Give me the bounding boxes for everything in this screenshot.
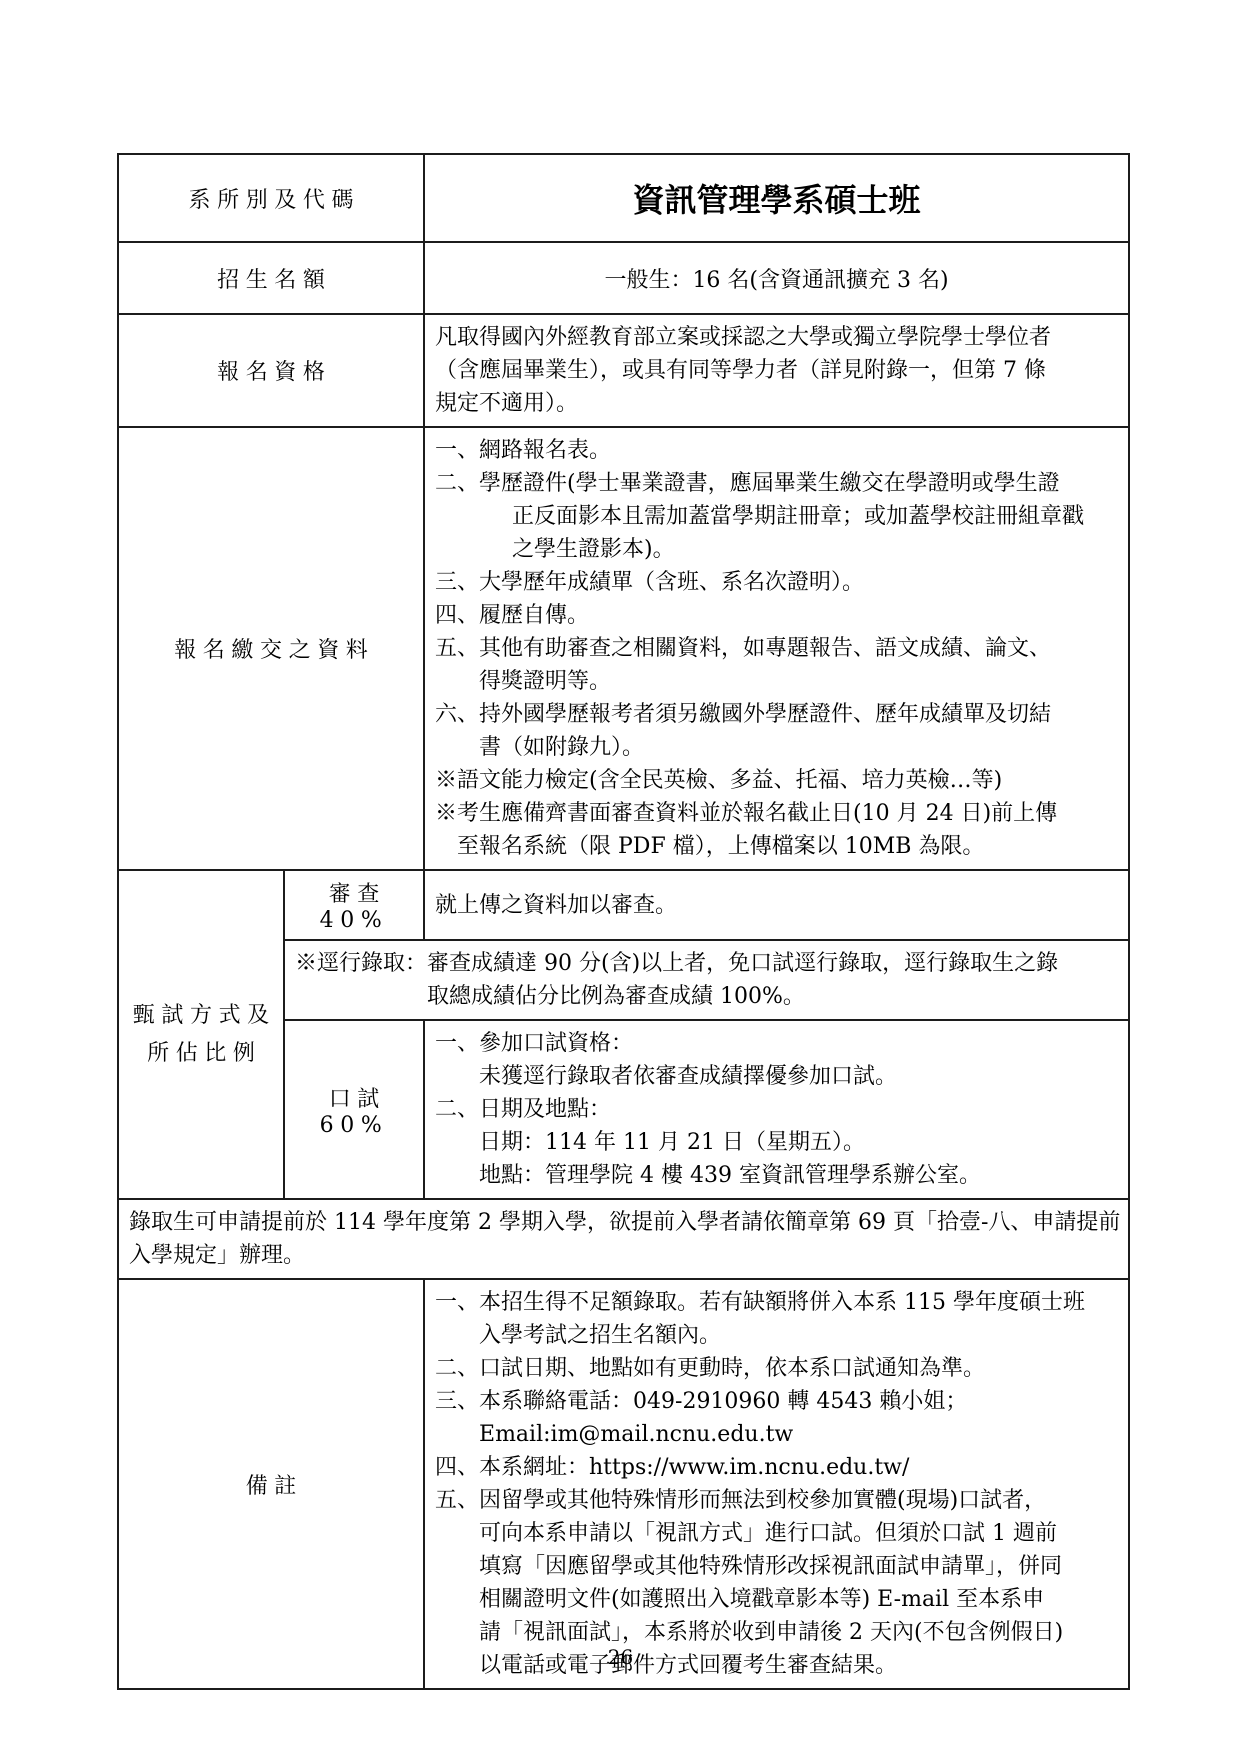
text-line: 一、參加口試資格： <box>435 1027 1120 1060</box>
page-number: 26 <box>0 1645 1241 1669</box>
text-line: 一、本招生得不足額錄取。若有缺額將併入本系 115 學年度碩士班 <box>435 1286 1120 1319</box>
text-line: 日期：114 年 11 月 21 日（星期五）。 <box>435 1126 1120 1159</box>
quota-row: 招生名額 一般生：16 名(含資通訊擴充 3 名) <box>118 242 1129 314</box>
text-line: 一、網路報名表。 <box>435 434 1120 467</box>
review-content-cell: 就上傳之資料加以審查。 <box>424 870 1129 940</box>
text-line: 得獎證明等。 <box>435 665 1120 698</box>
method-label-cell: 甄試方式及 所佔比例 <box>118 870 284 1199</box>
dept-title-cell: 資訊管理學系碩士班 <box>424 154 1129 242</box>
text-line: 凡取得國內外經教育部立案或採認之大學或獨立學院學士學位者 <box>435 321 1120 354</box>
quota-label-cell: 招生名額 <box>118 242 424 314</box>
text-line: 入學考試之招生名額內。 <box>435 1319 1120 1352</box>
text-line: 二、學歷證件(學士畢業證書，應屆畢業生繳交在學證明或學生證 <box>435 467 1120 500</box>
document-page: 系所別及代碼 資訊管理學系碩士班 招生名額 一般生：16 名(含資通訊擴充 3 … <box>0 0 1241 1755</box>
text-line: 六、持外國學歷報考者須另繳國外學歷證件、歷年成績單及切結 <box>435 698 1120 731</box>
text-line: ※考生應備齊書面審查資料並於報名截止日(10 月 24 日)前上傳 <box>435 797 1120 830</box>
eligibility-row: 報名資格 凡取得國內外經教育部立案或採認之大學或獨立學院學士學位者（含應屆畢業生… <box>118 314 1129 427</box>
review-content-text: 就上傳之資料加以審查。 <box>435 893 677 918</box>
text-line: 三、大學歷年成績單（含班、系名次證明）。 <box>435 566 1120 599</box>
dept-row: 系所別及代碼 資訊管理學系碩士班 <box>118 154 1129 242</box>
text-line: 至報名系統（限 PDF 檔），上傳檔案以 10MB 為限。 <box>435 830 1120 863</box>
text-line: 規定不適用）。 <box>435 387 1120 420</box>
text-line: ※語文能力檢定(含全民英檢、多益、托福、培力英檢…等) <box>435 764 1120 797</box>
direct-admission-cell: ※逕行錄取：審查成績達 90 分(含)以上者，免口試逕行錄取，逕行錄取生之錄取總… <box>284 940 1129 1020</box>
submission-label-cell: 報名繳交之資料 <box>118 427 424 870</box>
quota-label: 招生名額 <box>217 268 331 293</box>
notes-content-cell: 一、本招生得不足額錄取。若有缺額將併入本系 115 學年度碩士班入學考試之招生名… <box>424 1279 1129 1689</box>
oral-weight-label: 口試 60% <box>320 1087 389 1138</box>
text-line: 二、口試日期、地點如有更動時，依本系口試通知為準。 <box>435 1352 1120 1385</box>
quota-value-cell: 一般生：16 名(含資通訊擴充 3 名) <box>424 242 1129 314</box>
text-line: 五、其他有助審查之相關資料，如專題報告、語文成績、論文、 <box>435 632 1120 665</box>
eligibility-label: 報名資格 <box>217 360 331 385</box>
eligibility-content-cell: 凡取得國內外經教育部立案或採認之大學或獨立學院學士學位者（含應屆畢業生），或具有… <box>424 314 1129 427</box>
submission-content-cell: 一、網路報名表。二、學歷證件(學士畢業證書，應屆畢業生繳交在學證明或學生證正反面… <box>424 427 1129 870</box>
text-line: Email:im@mail.ncnu.edu.tw <box>435 1418 1120 1451</box>
text-line: 錄取生可申請提前於 114 學年度第 2 學期入學，欲提前入學者請依簡章第 69… <box>129 1206 1120 1239</box>
text-line: 取總成績佔分比例為審查成績 100%。 <box>295 980 1120 1013</box>
oral-weight-cell: 口試 60% <box>284 1020 424 1199</box>
dept-label-cell: 系所別及代碼 <box>118 154 424 242</box>
method-label-line2: 所佔比例 <box>121 1035 281 1073</box>
method-label-line1: 甄試方式及 <box>121 997 281 1035</box>
notes-row: 備註 一、本招生得不足額錄取。若有缺額將併入本系 115 學年度碩士班入學考試之… <box>118 1279 1129 1689</box>
text-line: 地點：管理學院 4 樓 439 室資訊管理學系辦公室。 <box>435 1159 1120 1192</box>
quota-value: 一般生：16 名(含資通訊擴充 3 名) <box>604 268 948 293</box>
text-line: 書（如附錄九）。 <box>435 731 1120 764</box>
text-line: ※逕行錄取：審查成績達 90 分(含)以上者，免口試逕行錄取，逕行錄取生之錄 <box>295 947 1120 980</box>
review-weight-label: 審查 40% <box>320 882 389 933</box>
text-line: 入學規定」辦理。 <box>129 1239 1120 1272</box>
notes-label-cell: 備註 <box>118 1279 424 1689</box>
text-line: 四、本系網址：https://www.im.ncnu.edu.tw/ <box>435 1451 1120 1484</box>
submission-row: 報名繳交之資料 一、網路報名表。二、學歷證件(學士畢業證書，應屆畢業生繳交在學證… <box>118 427 1129 870</box>
program-title: 資訊管理學系碩士班 <box>633 181 921 219</box>
text-line: 四、履歷自傳。 <box>435 599 1120 632</box>
admission-table: 系所別及代碼 資訊管理學系碩士班 招生名額 一般生：16 名(含資通訊擴充 3 … <box>117 153 1130 1690</box>
early-entry-row: 錄取生可申請提前於 114 學年度第 2 學期入學，欲提前入學者請依簡章第 69… <box>118 1199 1129 1279</box>
text-line: 之學生證影本)。 <box>435 533 1120 566</box>
text-line: 填寫「因應留學或其他特殊情形改採視訊面試申請單」，併同 <box>435 1550 1120 1583</box>
oral-content-cell: 一、參加口試資格：未獲逕行錄取者依審查成績擇優參加口試。二、日期及地點：日期：1… <box>424 1020 1129 1199</box>
notes-label: 備註 <box>246 1474 303 1499</box>
text-line: 相關證明文件(如護照出入境戳章影本等) E-mail 至本系申 <box>435 1583 1120 1616</box>
dept-label: 系所別及代碼 <box>189 188 361 213</box>
method-review-row: 甄試方式及 所佔比例 審查 40% 就上傳之資料加以審查。 <box>118 870 1129 940</box>
early-entry-cell: 錄取生可申請提前於 114 學年度第 2 學期入學，欲提前入學者請依簡章第 69… <box>118 1199 1129 1279</box>
submission-label: 報名繳交之資料 <box>174 638 374 663</box>
eligibility-label-cell: 報名資格 <box>118 314 424 427</box>
review-weight-cell: 審查 40% <box>284 870 424 940</box>
text-line: 二、日期及地點： <box>435 1093 1120 1126</box>
text-line: 三、本系聯絡電話：049-2910960 轉 4543 賴小姐； <box>435 1385 1120 1418</box>
text-line: 正反面影本且需加蓋當學期註冊章；或加蓋學校註冊組章戳 <box>435 500 1120 533</box>
text-line: 未獲逕行錄取者依審查成績擇優參加口試。 <box>435 1060 1120 1093</box>
text-line: 五、因留學或其他特殊情形而無法到校參加實體(現場)口試者， <box>435 1484 1120 1517</box>
text-line: （含應屆畢業生），或具有同等學力者（詳見附錄一，但第 7 條 <box>435 354 1120 387</box>
text-line: 可向本系申請以「視訊方式」進行口試。但須於口試 1 週前 <box>435 1517 1120 1550</box>
